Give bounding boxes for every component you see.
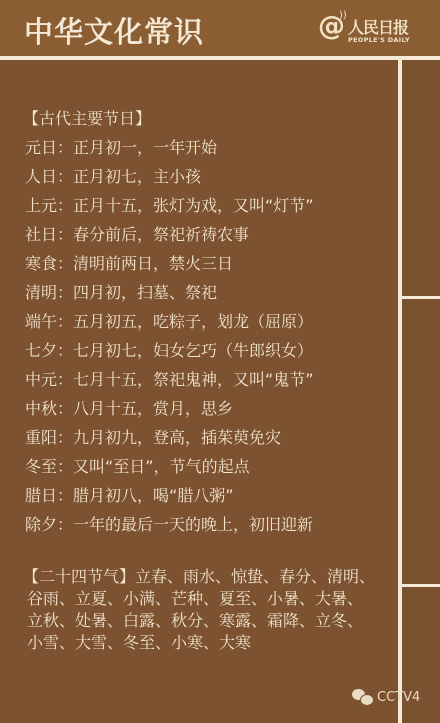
frame-line-vertical — [398, 60, 402, 723]
solar-terms-line: 小雪、大雪、冬至、小寒、大寒 — [23, 632, 378, 654]
solar-terms-block: 【二十四节气】立春、雨水、惊蛰、春分、清明、 谷雨、立夏、小满、芒种、夏至、小暑… — [23, 566, 378, 654]
festival-name: 冬至 — [25, 457, 57, 476]
festival-name: 人日 — [25, 167, 57, 186]
festival-desc: ：清明前两日，禁火三日 — [57, 254, 233, 273]
festival-name: 上元 — [25, 196, 57, 215]
festival-desc: ：五月初五，吃粽子，划龙（屈原） — [57, 312, 313, 331]
page-title: 中华文化常识 — [24, 10, 204, 51]
festival-desc: ：正月初七，主小孩 — [57, 167, 201, 186]
festival-name: 清明 — [25, 283, 57, 302]
festival-desc: ：一年的最后一天的晚上，初旧迎新 — [57, 515, 313, 534]
peoples-daily-logo: @ )) 人民日报 PEOPLE'S DAILY — [318, 12, 418, 48]
festival-name: 七夕 — [25, 341, 57, 360]
festival-desc: ：正月初一，一年开始 — [57, 138, 217, 157]
list-item: 元日：正月初一，一年开始 — [25, 133, 314, 162]
festival-name: 中秋 — [25, 399, 57, 418]
list-item: 上元：正月十五，张灯为戏，又叫“灯节” — [25, 191, 314, 220]
source-watermark: CCTV4 — [352, 689, 420, 705]
festival-name: 寒食 — [25, 254, 57, 273]
festival-list: 【古代主要节日】 元日：正月初一，一年开始 人日：正月初七，主小孩 上元：正月十… — [25, 104, 314, 539]
wechat-icon — [352, 689, 374, 705]
festival-desc: ：七月十五，祭祀鬼神，又叫“鬼节” — [57, 370, 314, 389]
solar-terms-text: 立春、雨水、惊蛰、春分、清明、 — [135, 567, 375, 586]
header-bar: 中华文化常识 @ )) 人民日报 PEOPLE'S DAILY — [0, 0, 440, 56]
frame-line-right-1 — [402, 296, 440, 299]
source-label: CCTV4 — [377, 690, 420, 705]
festival-desc: ：腊月初八，喝“腊八粥” — [57, 486, 234, 505]
list-item: 清明：四月初，扫墓、祭祀 — [25, 278, 314, 307]
solar-terms-heading: 【二十四节气】 — [23, 567, 135, 586]
list-item: 冬至：又叫“至日”，节气的起点 — [25, 452, 314, 481]
list-item: 中元：七月十五，祭祀鬼神，又叫“鬼节” — [25, 365, 314, 394]
festival-desc: ：七月初七，妇女乞巧（牛郎织女） — [57, 341, 313, 360]
signal-waves-icon: )) — [339, 10, 347, 21]
festival-desc: ：八月十五，赏月，思乡 — [57, 399, 233, 418]
list-item: 人日：正月初七，主小孩 — [25, 162, 314, 191]
festival-name: 腊日 — [25, 486, 57, 505]
list-item: 除夕：一年的最后一天的晚上，初旧迎新 — [25, 510, 314, 539]
festival-desc: ：九月初九，登高，插茱萸免灾 — [57, 428, 281, 447]
solar-terms-line: 谷雨、立夏、小满、芒种、夏至、小暑、大暑、 — [23, 588, 378, 610]
list-item: 中秋：八月十五，赏月，思乡 — [25, 394, 314, 423]
festival-heading: 【古代主要节日】 — [23, 104, 314, 133]
festival-name: 端午 — [25, 312, 57, 331]
solar-terms-line: 【二十四节气】立春、雨水、惊蛰、春分、清明、 — [23, 566, 378, 588]
list-item: 社日：春分前后，祭祀祈祷农事 — [25, 220, 314, 249]
festival-name: 除夕 — [25, 515, 57, 534]
festival-name: 元日 — [25, 138, 57, 157]
logo-name-cn: 人民日报 — [348, 15, 408, 38]
festival-name: 社日 — [25, 225, 57, 244]
festival-name: 重阳 — [25, 428, 57, 447]
frame-line-right-2 — [402, 584, 440, 587]
list-item: 端午：五月初五，吃粽子，划龙（屈原） — [25, 307, 314, 336]
list-item: 腊日：腊月初八，喝“腊八粥” — [25, 481, 314, 510]
festival-desc: ：四月初，扫墓、祭祀 — [57, 283, 217, 302]
list-item: 寒食：清明前两日，禁火三日 — [25, 249, 314, 278]
festival-desc: ：春分前后，祭祀祈祷农事 — [57, 225, 249, 244]
festival-desc: ：又叫“至日”，节气的起点 — [57, 457, 250, 476]
list-item: 重阳：九月初九，登高，插茱萸免灾 — [25, 423, 314, 452]
festival-name: 中元 — [25, 370, 57, 389]
logo-name-en: PEOPLE'S DAILY — [348, 36, 410, 44]
list-item: 七夕：七月初七，妇女乞巧（牛郎织女） — [25, 336, 314, 365]
solar-terms-line: 立秋、处暑、白露、秋分、寒露、霜降、立冬、 — [23, 610, 378, 632]
festival-desc: ：正月十五，张灯为戏，又叫“灯节” — [57, 196, 314, 215]
